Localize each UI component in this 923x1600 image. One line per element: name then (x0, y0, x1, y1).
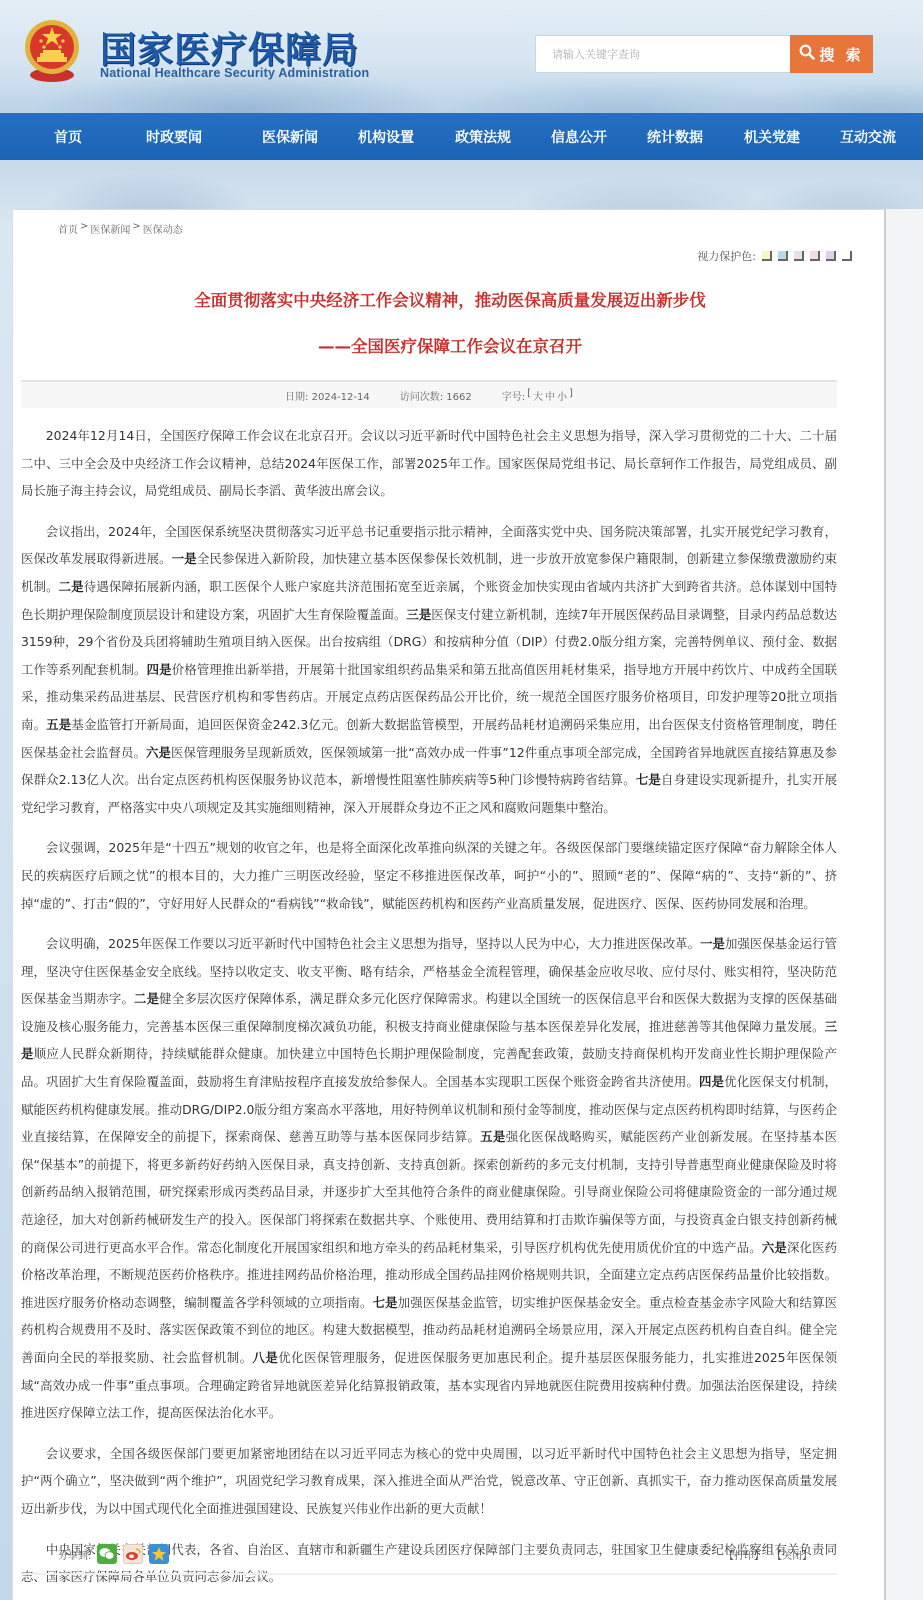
color-swatch-gray[interactable] (794, 251, 804, 261)
qzone-icon[interactable] (149, 1544, 169, 1564)
search-icon (799, 44, 815, 64)
font-size-label: 字号: (502, 388, 525, 403)
font-size-medium[interactable]: 中 (545, 388, 555, 403)
divider (21, 1573, 837, 1575)
print-link[interactable]: 【打印】 (724, 1547, 764, 1562)
emphasis-marker: 一是 (700, 936, 725, 951)
emphasis-marker: 一是 (172, 551, 197, 566)
color-swatch-blue[interactable] (778, 251, 788, 261)
paragraph-text: 强化医保战略购买，赋能医药产业创新发展。在坚持基本医保“保基本”的前提下，将更多… (21, 1129, 837, 1254)
nav-item-statistics[interactable]: 统计数据 (643, 113, 707, 160)
emphasis-marker: 五是 (46, 717, 71, 732)
share-label: 分享到: (58, 1547, 91, 1562)
search-form: 搜 索 (535, 35, 873, 73)
main-nav: 首页 时政要闻 医保新闻 机构设置 政策法规 信息公开 统计数据 机关党建 互动… (0, 113, 923, 160)
date-field: 日期: 2024-12-14 (285, 388, 370, 403)
date-value: 2024-12-14 (312, 392, 370, 403)
font-size-small[interactable]: 小 (557, 388, 567, 403)
article-paragraph: 会议指出，2024年，全国医保系统坚决贯彻落实习近平总书记重要指示批示精神，全面… (21, 518, 837, 822)
share-bar: 分享到: (58, 1544, 169, 1564)
breadcrumb-healthcare-news[interactable]: 医保新闻 (90, 221, 130, 236)
article-paragraph: 会议要求，全国各级医保部门要更加紧密地团结在以习近平同志为核心的党中央周围，以习… (21, 1440, 837, 1523)
site-header: 国家医疗保障局 National Healthcare Security Adm… (0, 0, 923, 113)
bracket: [ (527, 388, 531, 403)
color-swatch-purple[interactable] (826, 251, 836, 261)
article-title: 全面贯彻落实中央经济工作会议精神，推动医保高质量发展迈出新步伐 (13, 287, 887, 311)
paragraph-text: 会议强调，2025年是“十四五”规划的收官之年，也是将全面深化改革推向纵深的关键… (21, 840, 837, 910)
eye-care-colors: 视力保护色: (697, 248, 852, 264)
wechat-icon[interactable] (97, 1544, 117, 1564)
paragraph-text: 2024年12月14日，全国医疗保障工作会议在北京召开。会议以习近平新时代中国特… (21, 428, 837, 498)
article-meta: 日期: 2024-12-14 访问次数: 1662 字号: [ 大 中 小 ] (21, 380, 837, 408)
paragraph-text: 会议明确，2025年医保工作要以习近平新时代中国特色社会主义思想为指导，坚持以人… (46, 936, 700, 951)
emphasis-marker: 六是 (146, 745, 171, 760)
nav-item-home[interactable]: 首页 (36, 113, 100, 160)
nav-item-info-disclosure[interactable]: 信息公开 (547, 113, 611, 160)
eye-care-label: 视力保护色: (697, 248, 756, 264)
search-input[interactable] (535, 35, 790, 73)
emphasis-marker: 八是 (252, 1350, 278, 1365)
weibo-icon[interactable] (123, 1544, 143, 1564)
visits-field: 访问次数: 1662 (400, 388, 472, 403)
article-paragraph: 会议强调，2025年是“十四五”规划的收官之年，也是将全面深化改革推向纵深的关键… (21, 834, 837, 917)
article-subtitle: ——全国医疗保障工作会议在京召开 (13, 333, 887, 357)
breadcrumb: 首页 > 医保新闻 > 医保动态 (58, 221, 183, 236)
breadcrumb-healthcare-updates[interactable]: 医保动态 (143, 221, 183, 236)
page-margin (886, 209, 923, 1600)
date-label: 日期: (285, 392, 308, 403)
emphasis-marker: 三是 (406, 607, 431, 622)
article-panel: 首页 > 医保新闻 > 医保动态 视力保护色: 全面贯彻落实中央经济工作会议精神… (12, 209, 886, 1600)
national-emblem-icon[interactable] (22, 17, 82, 83)
site-subtitle: National Healthcare Security Administrat… (100, 66, 369, 80)
visits-value: 1662 (446, 392, 471, 403)
search-button-label: 搜 索 (819, 44, 863, 65)
font-size-large[interactable]: 大 (533, 388, 543, 403)
emphasis-marker: 七是 (636, 772, 661, 787)
nav-item-healthcare-news[interactable]: 医保新闻 (258, 113, 322, 160)
nav-item-organization[interactable]: 机构设置 (354, 113, 418, 160)
paragraph-text: 会议要求，全国各级医保部门要更加紧密地团结在以习近平同志为核心的党中央周围，以习… (21, 1446, 837, 1516)
color-swatch-pink[interactable] (810, 251, 820, 261)
nav-item-policies[interactable]: 政策法规 (451, 113, 515, 160)
nav-item-interaction[interactable]: 互动交流 (836, 113, 900, 160)
emphasis-marker: 四是 (699, 1074, 724, 1089)
search-button[interactable]: 搜 索 (790, 35, 873, 73)
bracket: ] (569, 388, 573, 403)
emphasis-marker: 五是 (480, 1129, 506, 1144)
breadcrumb-separator: > (80, 221, 88, 236)
font-size-control: 字号: [ 大 中 小 ] (502, 388, 573, 403)
emphasis-marker: 二是 (134, 991, 159, 1006)
close-link[interactable]: 【关闭】 (772, 1547, 812, 1562)
breadcrumb-separator: > (132, 221, 140, 236)
emphasis-marker: 二是 (59, 579, 84, 594)
emphasis-marker: 六是 (762, 1240, 787, 1255)
article-actions: 【打印】 【关闭】 (724, 1547, 812, 1562)
emphasis-marker: 四是 (147, 662, 172, 677)
nav-item-politics-news[interactable]: 时政要闻 (112, 113, 236, 160)
breadcrumb-home[interactable]: 首页 (58, 221, 78, 236)
article-paragraph: 2024年12月14日，全国医疗保障工作会议在北京召开。会议以习近平新时代中国特… (21, 422, 837, 505)
article-paragraph: 会议明确，2025年医保工作要以习近平新时代中国特色社会主义思想为指导，坚持以人… (21, 930, 837, 1427)
emphasis-marker: 七是 (373, 1295, 398, 1310)
color-swatch-yellow[interactable] (762, 251, 772, 261)
visits-label: 访问次数: (400, 392, 443, 403)
article-body: 2024年12月14日，全国医疗保障工作会议在北京召开。会议以习近平新时代中国特… (21, 409, 837, 1591)
color-swatch-white[interactable] (842, 251, 852, 261)
nav-item-party-building[interactable]: 机关党建 (740, 113, 804, 160)
